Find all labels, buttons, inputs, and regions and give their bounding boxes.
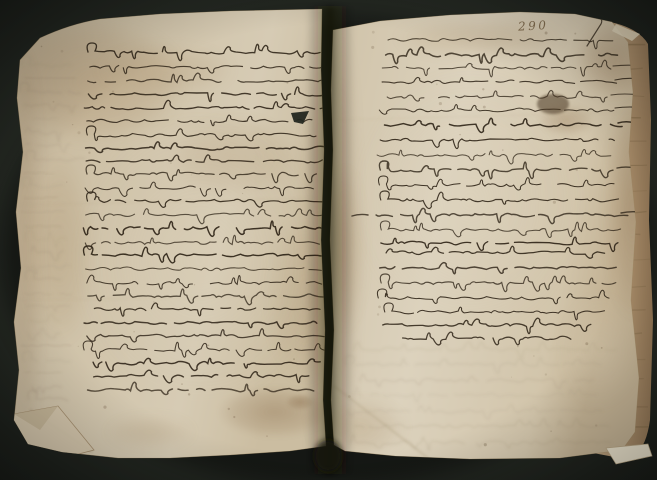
- book-illustration: 290: [0, 0, 657, 480]
- vignette: [0, 0, 657, 480]
- manuscript-scan: 290: [0, 0, 657, 480]
